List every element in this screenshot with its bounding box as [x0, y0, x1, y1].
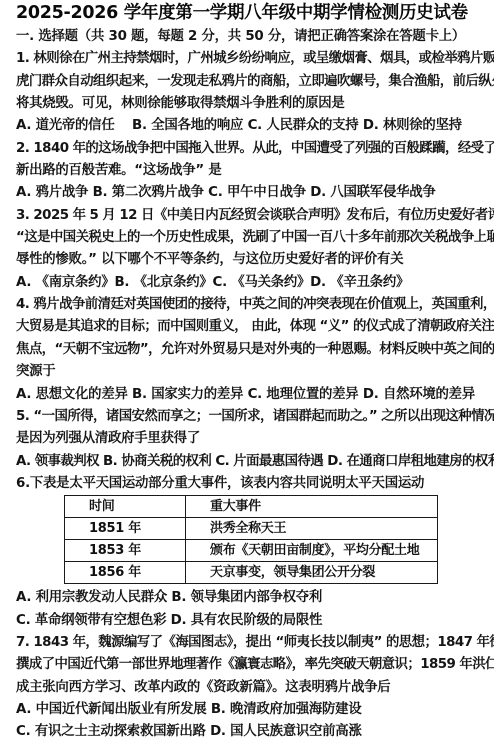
question-stem: 4. 鸦片战争前清廷对英国使团的接待，中英之间的冲突表现在价值观上，英国重利，扩 [16, 294, 486, 316]
question-options: A. 利用宗教发动人民群众 B. 领导集团内部争权夺利 [16, 587, 486, 609]
question-options: A. 鸦片战争 B. 第二次鸦片战争 C. 甲午中日战争 D. 八国联军侵华战争 [16, 182, 486, 204]
table-cell-event: 洪秀全称天王 [186, 518, 438, 540]
table-row: 1856 年 天京事变，领导集团公开分裂 [65, 562, 438, 584]
table-header-event: 重大事件 [186, 496, 438, 518]
question-stem: 大贸易是其追求的目标；而中国则重义， 由此，体现 “义” 的仪式成了清朝政府关注… [16, 316, 486, 338]
question-stem: 是因为列强从清政府手里获得了 [16, 428, 486, 450]
question-options: C. 有识之士主动探索救国新出路 D. 国人民族意识空前高涨 [16, 721, 486, 739]
question-stem: 新出路的百般苦难。“这场战争” 是 [16, 160, 486, 182]
question-7: 7. 1843 年，魏源编写了《海国图志》，提出 “师夷长技以制夷” 的思想；1… [16, 632, 486, 739]
table-header-row: 时间 重大事件 [65, 496, 438, 518]
question-stem: 成主张向西方学习、改革内政的《资政新篇》。这表明鸦片战争后 [16, 677, 486, 699]
table-row: 1853 年 颁布《天朝田亩制度》，平均分配土地 [65, 540, 438, 562]
question-options: C. 革命纲领带有空想色彩 D. 具有农民阶级的局限性 [16, 610, 486, 632]
table-cell-event: 颁布《天朝田亩制度》，平均分配土地 [186, 540, 438, 562]
taiping-events-table: 时间 重大事件 1851 年 洪秀全称天王 1853 年 颁布《天朝田亩制度》，… [64, 495, 438, 584]
question-3: 3. 2025 年 5 月 12 日《中美日内瓦经贸会谈联合声明》发布后，有位历… [16, 205, 486, 294]
question-options: A. 道光帝的信任 B. 全国各地的响应 C. 人民群众的支持 D. 林则徐的坚… [16, 115, 486, 137]
question-stem: 辱性的惨败。” 以下哪个不平等条约，与这位历史爱好者的评价有关 [16, 249, 486, 271]
question-5: 5. “一国所得，诸国安然而享之；一国所求，诸国群起而助之。” 之所以出现这种情… [16, 406, 486, 473]
question-4: 4. 鸦片战争前清廷对英国使团的接待，中英之间的冲突表现在价值观上，英国重利，扩… [16, 294, 486, 406]
question-stem: 3. 2025 年 5 月 12 日《中美日内瓦经贸会谈联合声明》发布后，有位历… [16, 205, 486, 227]
table-cell-event: 天京事变，领导集团公开分裂 [186, 562, 438, 584]
question-options: A. 领事裁判权 B. 协商关税的权利 C. 片面最惠国待遇 D. 在通商口岸租… [16, 451, 486, 473]
question-options: A. 《南京条约》B. 《北京条约》C. 《马关条约》D. 《辛丑条约》 [16, 272, 486, 294]
table-header-time: 时间 [65, 496, 186, 518]
question-stem: 6.下表是太平天国运动部分重大事件，该表内容共同说明太平天国运动 [16, 473, 486, 495]
events-table-wrapper: 时间 重大事件 1851 年 洪秀全称天王 1853 年 颁布《天朝田亩制度》，… [16, 495, 486, 587]
question-stem: 5. “一国所得，诸国安然而享之；一国所求，诸国群起而助之。” 之所以出现这种情… [16, 406, 486, 428]
question-stem: 突源于 [16, 361, 486, 383]
question-stem: 虎门群众自动组织起来，一发现走私鸦片的商船，立即遍吹螺号，集合渔船，前后纵火， [16, 71, 486, 93]
question-stem: 撰成了中国近代第一部世界地理著作《瀛寰志略》，率先突破天朝意识；1859 年洪仁… [16, 654, 486, 676]
table-cell-year: 1851 年 [65, 518, 186, 540]
question-stem: 1. 林则徐在广州主持禁烟时，广州城乡纷纷响应，或呈缴烟膏、烟具，或检举鸦片贩子… [16, 48, 486, 70]
question-stem: “这是中国关税史上的一个历史性成果，洗刷了中国一百八十多年前那次关税战争上耻 [16, 227, 486, 249]
question-options: A. 中国近代新闻出版业有所发展 B. 晚清政府加强海防建设 [16, 699, 486, 721]
section-heading: 一. 选择题（共 30 题，每题 2 分，共 50 分，请把正确答案涂在答题卡上… [16, 26, 486, 48]
table-cell-year: 1856 年 [65, 562, 186, 584]
question-stem: 焦点，“天朝不宝远物”，允许对外贸易只是对外夷的一种恩赐。材料反映中英之间的冲 [16, 339, 486, 361]
question-options: A. 思想文化的差异 B. 国家实力的差异 C. 地理位置的差异 D. 自然环境… [16, 384, 486, 406]
table-row: 1851 年 洪秀全称天王 [65, 518, 438, 540]
question-stem: 2. 1840 年的这场战争把中国拖入世界。从此，中国遭受了列强的百般蹂躏，经受… [16, 138, 486, 160]
question-stem: 将其烧毁。可见，林则徐能够取得禁烟斗争胜利的原因是 [16, 93, 486, 115]
question-6: 6.下表是太平天国运动部分重大事件，该表内容共同说明太平天国运动 时间 重大事件… [16, 473, 486, 632]
table-cell-year: 1853 年 [65, 540, 186, 562]
question-stem: 7. 1843 年，魏源编写了《海国图志》，提出 “师夷长技以制夷” 的思想；1… [16, 632, 486, 654]
question-2: 2. 1840 年的这场战争把中国拖入世界。从此，中国遭受了列强的百般蹂躏，经受… [16, 138, 486, 205]
exam-title: 2025-2026 学年度第一学期八年级中期学情检测历史试卷 [16, 0, 486, 26]
question-1: 1. 林则徐在广州主持禁烟时，广州城乡纷纷响应，或呈缴烟膏、烟具，或检举鸦片贩子… [16, 48, 486, 137]
exam-page: 2025-2026 学年度第一学期八年级中期学情检测历史试卷 一. 选择题（共 … [0, 0, 494, 739]
